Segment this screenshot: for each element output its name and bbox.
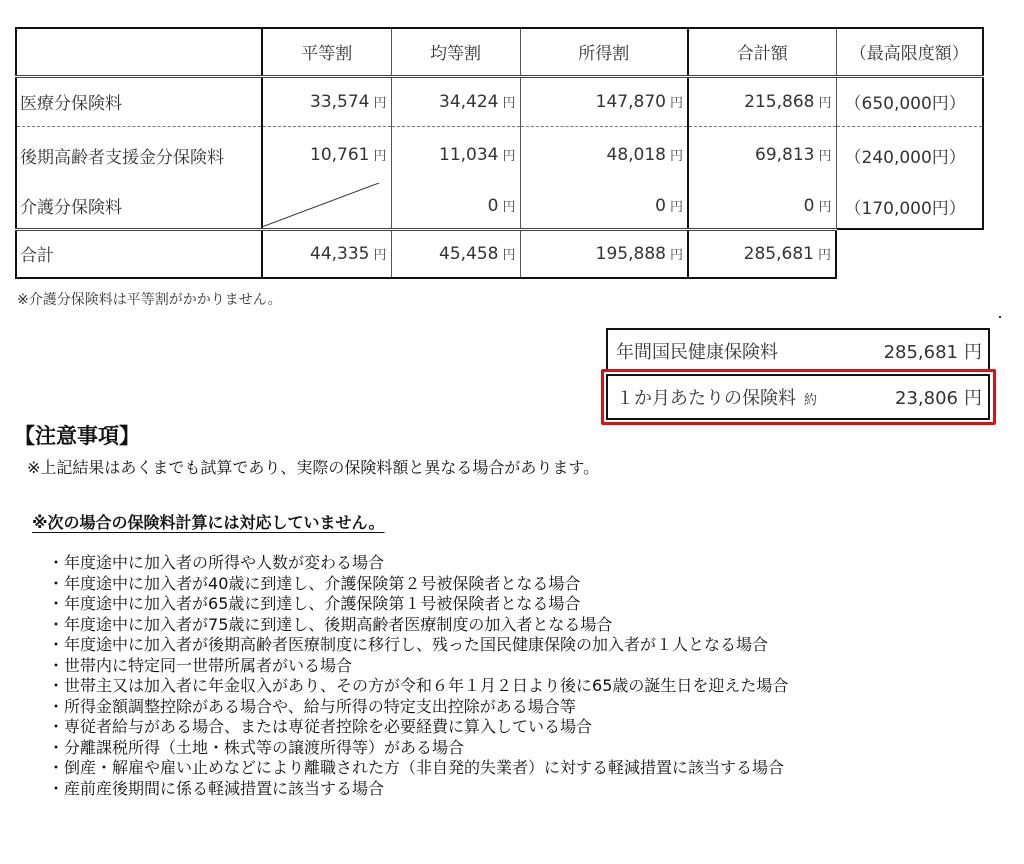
unsupported-heading: ※次の場合の保険料計算には対応していません。: [32, 510, 385, 533]
header-blank: [16, 28, 262, 76]
not-applicable-cell: [262, 184, 391, 229]
cell-total: 69,813円: [688, 126, 836, 184]
table-footnote: ※介護分保険料は平等割がかかりません。: [17, 289, 282, 309]
table-header-row: 平等割 均等割 所得割 合計額 （最高限度額）: [16, 28, 983, 76]
list-item: 所得金額調整控除がある場合や、給与所得の特定支出控除がある場合等: [48, 697, 788, 718]
cell-shotoku: 147,870円: [520, 76, 688, 126]
premium-breakdown-table: 平等割 均等割 所得割 合計額 （最高限度額） 医療分保険料 33,574円 3…: [15, 27, 984, 279]
header-total: 合計額: [688, 28, 836, 76]
header-max: （最高限度額）: [836, 28, 983, 76]
table-row: 後期高齢者支援金分保険料 10,761円 11,034円 48,018円 69,…: [16, 126, 983, 184]
row-label: 介護分保険料: [16, 184, 262, 229]
list-item: 年度途中に加入者が65歳に到達し、介護保険第１号被保険者となる場合: [48, 594, 788, 615]
header-shotoku: 所得割: [520, 28, 688, 76]
stray-dot: [999, 316, 1001, 318]
cell-max: （240,000円）: [836, 126, 983, 184]
cell-max: （650,000円）: [836, 76, 983, 126]
list-item: 産前産後期間に係る軽減措置に該当する場合: [48, 779, 788, 800]
diagonal-slash-icon: [263, 183, 391, 227]
list-item: 年度途中に加入者が75歳に到達し、後期高齢者医療制度の加入者となる場合: [48, 615, 788, 636]
annual-premium-value: 285,681円: [884, 338, 982, 364]
list-item: 世帯主又は加入者に年金収入があり、その方が令和６年１月２日より後に65歳の誕生日…: [48, 676, 788, 697]
table-row-total: 合計 44,335円 45,458円 195,888円 285,681円: [16, 229, 983, 278]
cell-shotoku: 48,018円: [520, 126, 688, 184]
list-item: 世帯内に特定同一世帯所属者がいる場合: [48, 656, 788, 677]
table-row: 介護分保険料 0円 0円 0円 （170,000円）: [16, 184, 983, 229]
list-item: 年度途中に加入者が40歳に到達し、介護保険第２号被保険者となる場合: [48, 574, 788, 595]
cell-kintou: 11,034円: [391, 126, 520, 184]
list-item: 倒産・解雇や雇い止めなどにより離職された方（非自発的失業者）に対する軽減措置に該…: [48, 758, 788, 779]
cell-shotoku: 0円: [520, 184, 688, 229]
row-label: 合計: [16, 229, 262, 278]
cell-empty: [836, 229, 983, 278]
header-kintou: 均等割: [391, 28, 520, 76]
cell-kintou: 0円: [391, 184, 520, 229]
cell-kintou: 45,458円: [391, 229, 520, 278]
header-byoudou: 平等割: [262, 28, 391, 76]
list-item: 専従者給与がある場合、または専従者控除を必要経費に算入している場合: [48, 717, 788, 738]
cell-total: 0円: [688, 184, 836, 229]
cell-byoudou: 10,761円: [262, 126, 391, 184]
cell-kintou: 34,424円: [391, 76, 520, 126]
row-label: 後期高齢者支援金分保険料: [16, 126, 262, 184]
caution-title: 【注意事項】: [14, 420, 140, 450]
cell-byoudou: 33,574円: [262, 76, 391, 126]
monthly-highlight-frame: [601, 369, 996, 425]
unsupported-cases-list: 年度途中に加入者の所得や人数が変わる場合 年度途中に加入者が40歳に到達し、介護…: [48, 553, 788, 799]
cell-total: 215,868円: [688, 76, 836, 126]
cell-max: （170,000円）: [836, 184, 983, 229]
list-item: 年度途中に加入者の所得や人数が変わる場合: [48, 553, 788, 574]
cell-byoudou: 44,335円: [262, 229, 391, 278]
caution-disclaimer: ※上記結果はあくまでも試算であり、実際の保険料額と異なる場合があります。: [27, 455, 599, 478]
table-row: 医療分保険料 33,574円 34,424円 147,870円 215,868円…: [16, 76, 983, 126]
cell-total: 285,681円: [688, 229, 836, 278]
annual-premium-label: 年間国民健康保険料: [616, 338, 778, 364]
annual-premium-row: 年間国民健康保険料 285,681円: [606, 328, 990, 372]
row-label: 医療分保険料: [16, 76, 262, 126]
cell-shotoku: 195,888円: [520, 229, 688, 278]
list-item: 年度途中に加入者が後期高齢者医療制度に移行し、残った国民健康保険の加入者が１人と…: [48, 635, 788, 656]
list-item: 分離課税所得（土地・株式等の譲渡所得等）がある場合: [48, 738, 788, 759]
